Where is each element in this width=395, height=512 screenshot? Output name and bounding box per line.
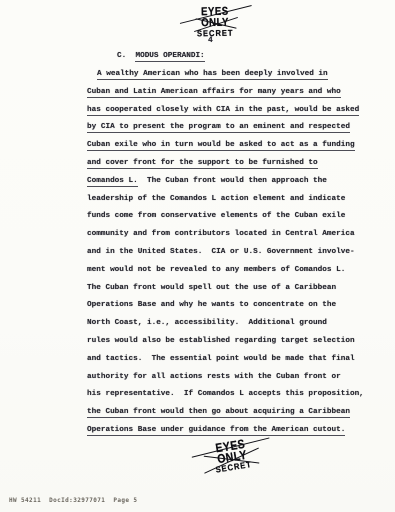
document-line: leadership of the Comandos L action elem… (87, 191, 387, 209)
document-body: A wealthy American who has been deeply i… (87, 66, 387, 440)
section-heading: C. MODUS OPERANDI: (117, 50, 205, 62)
document-line: Cuban and Latin American affairs for man… (87, 84, 387, 102)
document-line: and cover front for the support to be fu… (87, 155, 387, 173)
document-line: Cuban exile who in turn would be asked t… (87, 137, 387, 155)
eyes-only-stamp-top: EYES ONLY SECRET (183, 6, 248, 38)
document-line: and in the United States. CIA or U.S. Go… (87, 244, 387, 262)
document-line: rules would also be established regardin… (87, 333, 387, 351)
document-line: Operations Base and why he wants to conc… (87, 297, 387, 315)
document-line: ment would not be revealed to any member… (87, 262, 387, 280)
document-line: community and from contributors located … (87, 226, 387, 244)
document-line: A wealthy American who has been deeply i… (87, 66, 387, 84)
eyes-only-stamp-bottom: EYES ONLY SECRET (195, 436, 269, 478)
document-line: has cooperated closely with CIA in the p… (87, 102, 387, 120)
section-letter: C. (117, 52, 126, 60)
scanned-document-page: EYES ONLY SECRET 4 C. MODUS OPERANDI: A … (0, 0, 395, 512)
scan-footer: HW 54211 DocId:32977071 Page 5 (9, 497, 137, 504)
document-line: the Cuban front would then go about acqu… (87, 404, 387, 422)
section-title: MODUS OPERANDI: (135, 52, 204, 62)
document-line: and tactics. The essential point would b… (87, 351, 387, 369)
document-line: The Cuban front would spell out the use … (87, 280, 387, 298)
document-line: funds come from conservative elements of… (87, 208, 387, 226)
document-line: authority for all actions rests with the… (87, 369, 387, 387)
document-line: his representative. If Comandos L accept… (87, 386, 387, 404)
document-line: by CIA to present the program to an emin… (87, 119, 387, 137)
page-number: 4 (208, 36, 213, 45)
document-line: Comandos L. The Cuban front would then a… (87, 173, 387, 191)
document-line: North Coast, i.e., accessibility. Additi… (87, 315, 387, 333)
